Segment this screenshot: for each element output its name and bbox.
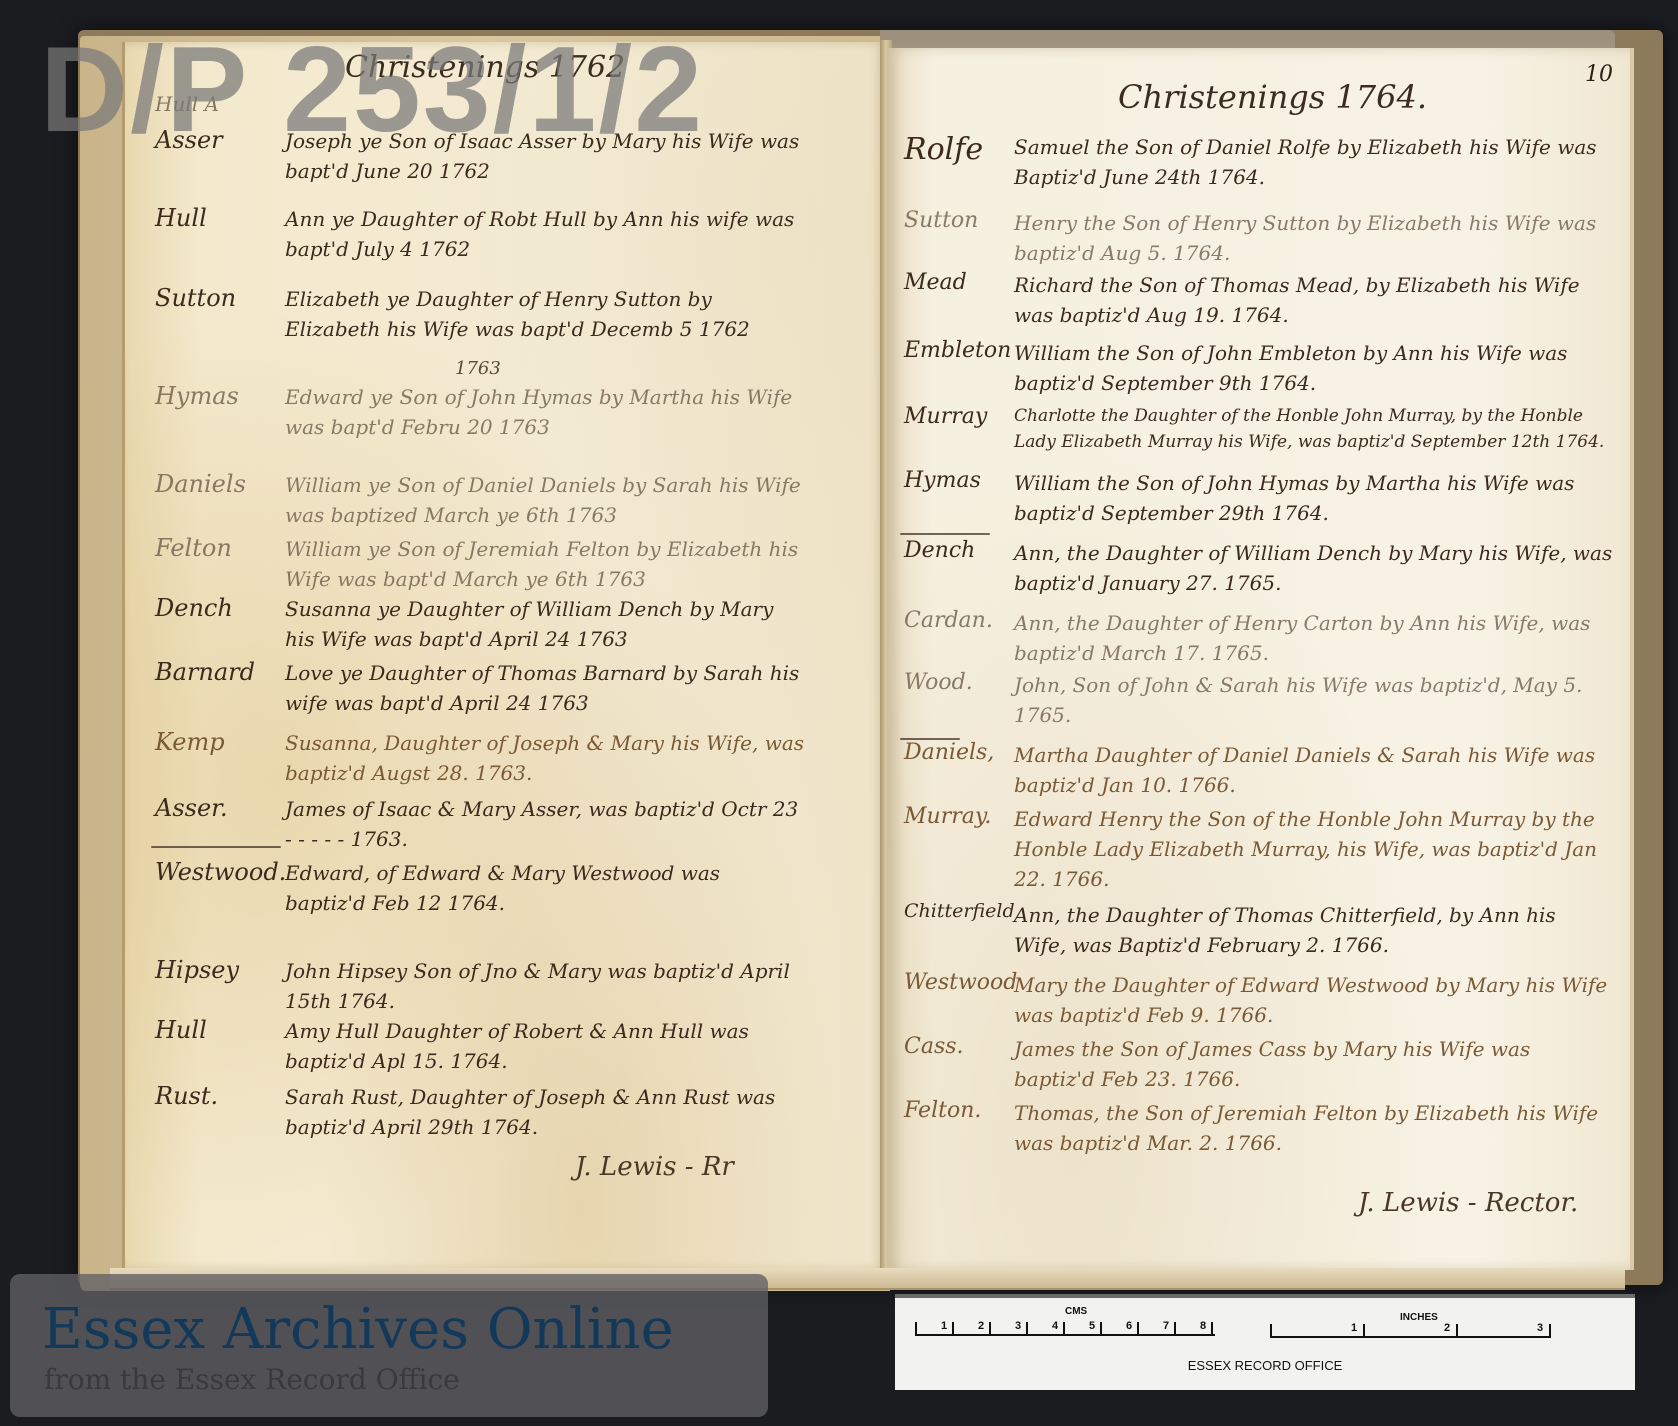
left-page-signature: J. Lewis - Rr: [575, 1152, 734, 1182]
right-page: Christenings 1764. Rolfe Samuel the Son …: [888, 48, 1634, 1270]
register-entry: Daniels, Martha Daughter of Daniel Danie…: [904, 740, 1614, 800]
entry-surname: Hull: [155, 1016, 285, 1076]
entry-text: Martha Daughter of Daniel Daniels & Sara…: [1014, 740, 1614, 800]
entry-surname: Dench: [155, 594, 285, 654]
entry-surname: Felton.: [904, 1098, 1014, 1158]
inches-label: INCHES: [1400, 1312, 1438, 1323]
register-entry: Barnard Love ye Daughter of Thomas Barna…: [155, 658, 805, 718]
entry-text: Love ye Daughter of Thomas Barnard by Sa…: [285, 658, 805, 718]
cms-number: 6: [1126, 1320, 1132, 1332]
archive-banner-title: Essex Archives Online: [42, 1302, 674, 1358]
cms-tick: [1100, 1322, 1102, 1336]
register-entry: Hull Amy Hull Daughter of Robert & Ann H…: [155, 1016, 805, 1076]
cms-number: 1: [941, 1320, 947, 1332]
entry-text: Susanna, Daughter of Joseph & Mary his W…: [285, 728, 805, 788]
entry-surname: Rolfe: [904, 132, 1014, 192]
entry-text: Charlotte the Daughter of the Honble Joh…: [1014, 404, 1614, 455]
entry-surname: Hipsey: [155, 956, 285, 1016]
entry-surname: Hull: [155, 204, 285, 264]
entry-text: James the Son of James Cass by Mary his …: [1014, 1034, 1614, 1094]
entry-surname: Mead: [904, 270, 1014, 330]
entry-surname: Embleton: [904, 338, 1014, 398]
entry-surname: Westwood: [904, 970, 1014, 1030]
right-page-heading: Christenings 1764.: [1118, 78, 1427, 116]
inches-tick: [1549, 1324, 1551, 1338]
entry-text: Ann ye Daughter of Robt Hull by Ann his …: [285, 204, 805, 264]
entry-text: Susanna ye Daughter of William Dench by …: [285, 594, 805, 654]
divider-flourish: [151, 846, 281, 848]
entry-text: Richard the Son of Thomas Mead, by Eliza…: [1014, 270, 1614, 330]
register-entry: Sutton Henry the Son of Henry Sutton by …: [904, 208, 1614, 268]
entry-surname: Daniels,: [904, 740, 1014, 800]
register-entry: Wood. John, Son of John & Sarah his Wife…: [904, 670, 1614, 730]
cms-tick: [1211, 1322, 1213, 1336]
document-reference-watermark: D/P 253/1/2: [40, 28, 704, 150]
cms-tick: [915, 1322, 917, 1336]
entry-surname: Chitterfield: [904, 900, 1014, 960]
register-entry: Dench Ann, the Daughter of William Dench…: [904, 538, 1614, 598]
entry-text: Edward ye Son of John Hymas by Martha hi…: [285, 382, 805, 442]
inches-scale-line: [1270, 1336, 1550, 1338]
entry-text: Ann, the Daughter of Thomas Chitterfield…: [1014, 900, 1614, 960]
entry-surname: Wood.: [904, 670, 1014, 730]
register-entry: Kemp Susanna, Daughter of Joseph & Mary …: [155, 728, 805, 788]
entry-surname: Barnard: [155, 658, 285, 718]
register-entry: Rust. Sarah Rust, Daughter of Joseph & A…: [155, 1082, 805, 1142]
register-entry: Cass. James the Son of James Cass by Mar…: [904, 1034, 1614, 1094]
cms-number: 4: [1052, 1320, 1058, 1332]
entry-text: Samuel the Son of Daniel Rolfe by Elizab…: [1014, 132, 1614, 192]
register-entry: Dench Susanna ye Daughter of William Den…: [155, 594, 805, 654]
entry-text: Ann, the Daughter of William Dench by Ma…: [1014, 538, 1614, 598]
register-entry: Westwood. Edward, of Edward & Mary Westw…: [155, 858, 805, 918]
ruler-office-label: ESSEX RECORD OFFICE: [895, 1358, 1635, 1373]
divider-flourish: [900, 533, 990, 535]
scale-ruler: CMS 1 2 3 4 5 6 7 8 INCHES 1 2 3 ESSEX R…: [895, 1294, 1635, 1390]
cms-tick: [1174, 1322, 1176, 1336]
register-entry: Hipsey John Hipsey Son of Jno & Mary was…: [155, 956, 805, 1016]
cms-number: 5: [1089, 1320, 1095, 1332]
register-entry: Murray. Edward Henry the Son of the Honb…: [904, 804, 1614, 894]
inches-number: 3: [1537, 1322, 1543, 1334]
cms-tick: [989, 1322, 991, 1336]
entry-surname: Cardan.: [904, 608, 1014, 668]
entry-surname: Murray: [904, 404, 1014, 455]
register-entry: Rolfe Samuel the Son of Daniel Rolfe by …: [904, 132, 1614, 192]
entry-text: Edward, of Edward & Mary Westwood was ba…: [285, 858, 805, 918]
entry-surname: Murray.: [904, 804, 1014, 894]
entry-surname: Hymas: [904, 468, 1014, 528]
entry-surname: Asser.: [155, 794, 285, 854]
register-entry: Cardan. Ann, the Daughter of Henry Carto…: [904, 608, 1614, 668]
entry-surname: Dench: [904, 538, 1014, 598]
entry-surname: Daniels: [155, 470, 285, 530]
register-entry: Westwood Mary the Daughter of Edward Wes…: [904, 970, 1614, 1030]
entry-text: William ye Son of Jeremiah Felton by Eli…: [285, 534, 805, 594]
entry-text: William the Son of John Embleton by Ann …: [1014, 338, 1614, 398]
entry-text: William ye Son of Daniel Daniels by Sara…: [285, 470, 805, 530]
inches-number: 2: [1444, 1322, 1450, 1334]
right-page-signature: J. Lewis - Rector.: [1358, 1188, 1578, 1218]
entry-surname: Cass.: [904, 1034, 1014, 1094]
register-entry: Mead Richard the Son of Thomas Mead, by …: [904, 270, 1614, 330]
cms-tick: [1063, 1322, 1065, 1336]
left-page: Christenings 1762 Hull A Asser Joseph ye…: [122, 42, 885, 1270]
entry-text: John Hipsey Son of Jno & Mary was baptiz…: [285, 956, 805, 1016]
entry-text: Henry the Son of Henry Sutton by Elizabe…: [1014, 208, 1614, 268]
entry-text: Sarah Rust, Daughter of Joseph & Ann Rus…: [285, 1082, 805, 1142]
register-entry: Embleton William the Son of John Embleto…: [904, 338, 1614, 398]
inches-tick: [1363, 1324, 1365, 1338]
entry-text: John, Son of John & Sarah his Wife was b…: [1014, 670, 1614, 730]
entry-text: Thomas, the Son of Jeremiah Felton by El…: [1014, 1098, 1614, 1158]
folio-number: 10: [1585, 62, 1613, 87]
inches-tick: [1456, 1324, 1458, 1338]
register-entry: Hymas Edward ye Son of John Hymas by Mar…: [155, 382, 805, 442]
cms-tick: [1137, 1322, 1139, 1336]
register-entry: Murray Charlotte the Daughter of the Hon…: [904, 404, 1614, 455]
cms-number: 8: [1200, 1320, 1206, 1332]
entry-surname: Hymas: [155, 382, 285, 442]
entry-text: Elizabeth ye Daughter of Henry Sutton by…: [285, 284, 805, 344]
cms-tick: [952, 1322, 954, 1336]
year-note: 1763: [455, 358, 501, 379]
register-entry: Felton. Thomas, the Son of Jeremiah Felt…: [904, 1098, 1614, 1158]
cms-number: 3: [1015, 1320, 1021, 1332]
cms-number: 2: [978, 1320, 984, 1332]
entry-text: Mary the Daughter of Edward Westwood by …: [1014, 970, 1614, 1030]
cms-tick: [1026, 1322, 1028, 1336]
cms-scale-line: [915, 1334, 1215, 1336]
register-entry: Felton William ye Son of Jeremiah Felton…: [155, 534, 805, 594]
entry-text: Amy Hull Daughter of Robert & Ann Hull w…: [285, 1016, 805, 1076]
cms-number: 7: [1163, 1320, 1169, 1332]
cms-label: CMS: [1065, 1306, 1087, 1317]
archive-banner-subtitle: from the Essex Record Office: [44, 1366, 460, 1394]
entry-surname: Rust.: [155, 1082, 285, 1142]
entry-surname: Westwood.: [155, 858, 285, 918]
entry-text: Edward Henry the Son of the Honble John …: [1014, 804, 1614, 894]
register-entry: Hymas William the Son of John Hymas by M…: [904, 468, 1614, 528]
entry-text: James of Isaac & Mary Asser, was baptiz'…: [285, 794, 805, 854]
entry-text: Ann, the Daughter of Henry Carton by Ann…: [1014, 608, 1614, 668]
inches-tick: [1270, 1324, 1272, 1338]
register-entry: Chitterfield Ann, the Daughter of Thomas…: [904, 900, 1614, 960]
register-entry: Daniels William ye Son of Daniel Daniels…: [155, 470, 805, 530]
entry-surname: Sutton: [904, 208, 1014, 268]
entry-surname: Sutton: [155, 284, 285, 344]
entry-text: William the Son of John Hymas by Martha …: [1014, 468, 1614, 528]
entry-surname: Felton: [155, 534, 285, 594]
register-entry: Hull Ann ye Daughter of Robt Hull by Ann…: [155, 204, 805, 264]
register-entry: Sutton Elizabeth ye Daughter of Henry Su…: [155, 284, 805, 344]
entry-surname: Kemp: [155, 728, 285, 788]
inches-number: 1: [1351, 1322, 1357, 1334]
register-entry: Asser. James of Isaac & Mary Asser, was …: [155, 794, 805, 854]
